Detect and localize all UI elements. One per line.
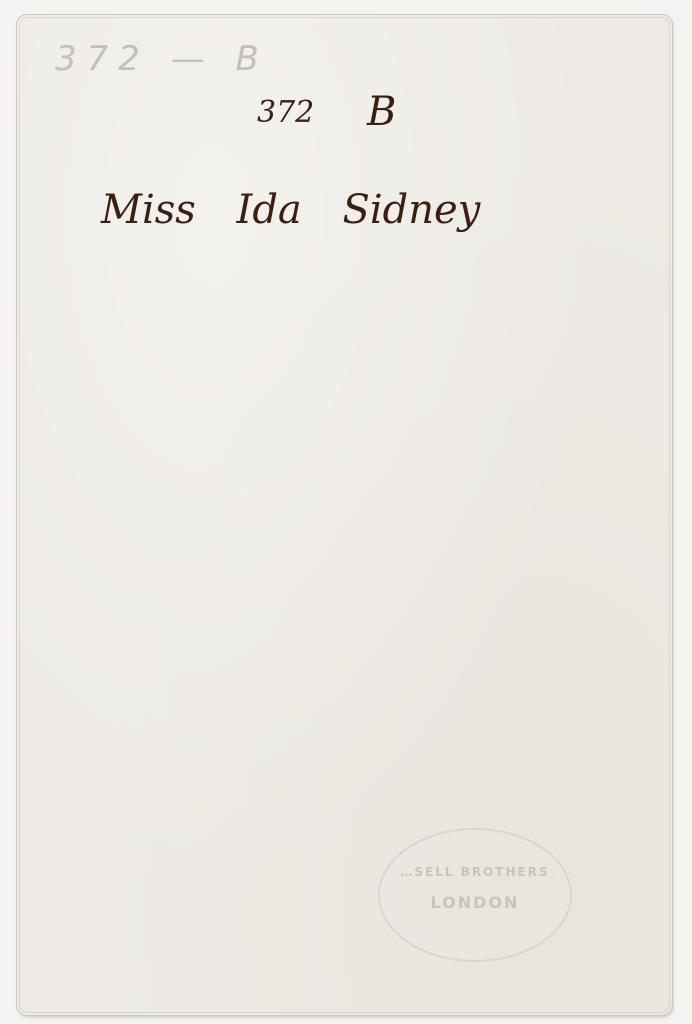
photographer-emboss-stamp: …SELL BROTHERS LONDON — [378, 828, 572, 962]
sitter-name: Miss Ida Sidney — [101, 187, 480, 233]
pencil-reference-note: 372 — B — [55, 39, 269, 79]
ink-reference-number: 372 — [257, 95, 314, 130]
stamp-line-middle: LONDON — [431, 893, 520, 912]
card-back: 372 — B 372 B Miss Ida Sidney — [17, 15, 672, 1015]
ink-reference-letter: B — [367, 89, 396, 135]
stamp-line-top: …SELL BROTHERS — [400, 865, 549, 879]
